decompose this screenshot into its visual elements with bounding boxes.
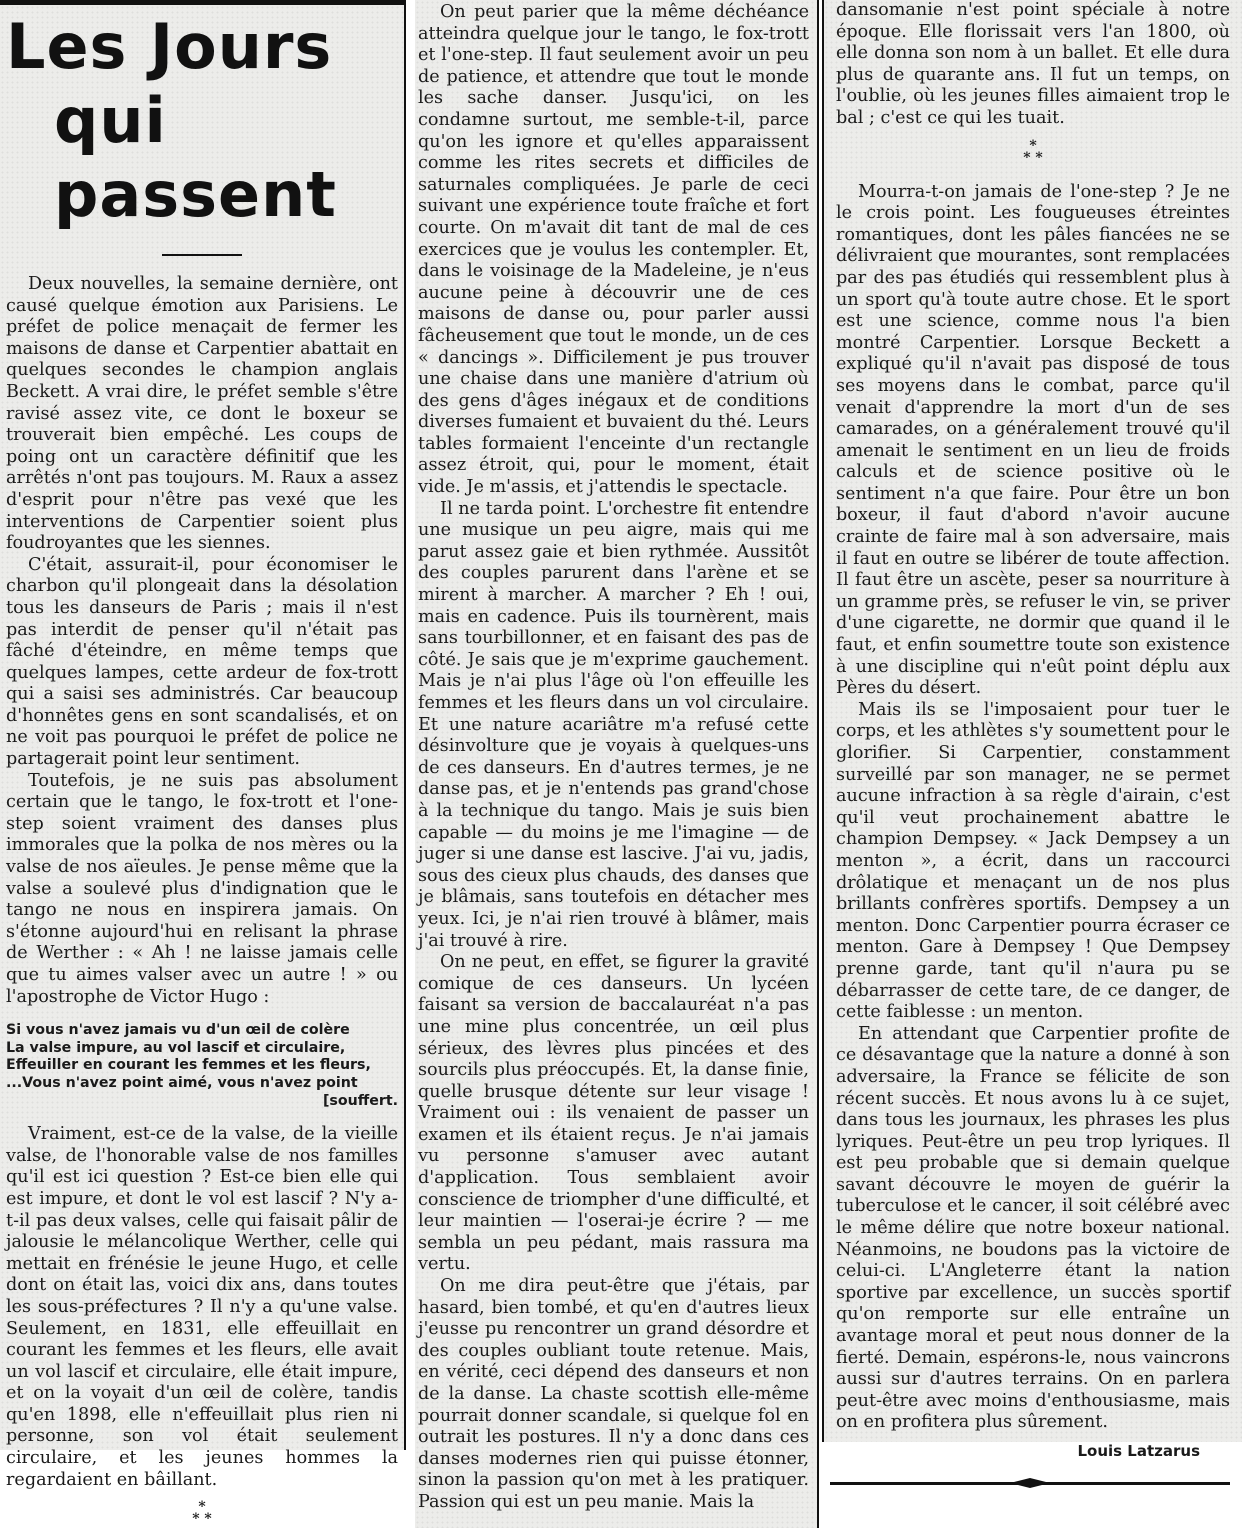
- article-column-left: Les Jours qui passent Deux nouvelles, la…: [0, 0, 406, 1450]
- article-title: Les Jours qui passent: [6, 10, 398, 232]
- asterism-divider: * * *: [836, 140, 1230, 164]
- paragraph: On ne peut, en effet, se figurer la grav…: [418, 952, 809, 1276]
- poem-line: ...Vous n'avez point aimé, vous n'avez p…: [6, 1075, 398, 1093]
- article-column-right: dansomanie n'est point spéciale à notre …: [822, 0, 1242, 1442]
- poem-quote: Si vous n'avez jamais vu d'un œil de col…: [6, 1022, 398, 1110]
- asterism-divider: * * *: [6, 1501, 398, 1525]
- paragraph: dansomanie n'est point spéciale à notre …: [836, 0, 1230, 130]
- title-divider: [162, 254, 242, 256]
- asterism-bottom: * *: [836, 152, 1230, 164]
- poem-line: Effeuiller en courant les femmes et les …: [6, 1057, 398, 1075]
- poem-line: La valse impure, au vol lascif et circul…: [6, 1040, 398, 1058]
- article-column-middle: On peut parier que la même déchéance att…: [415, 0, 819, 1528]
- title-line-1: Les Jours: [6, 10, 398, 84]
- paragraph: Vraiment, est-ce de la valse, de la viei…: [6, 1124, 398, 1491]
- paragraph: Mourra-t-on jamais de l'one-step ? Je ne…: [836, 182, 1230, 700]
- paragraph: On peut parier que la même déchéance att…: [418, 2, 809, 499]
- asterism-bottom: * *: [6, 1513, 398, 1525]
- paragraph: C'était, assurait-il, pour économiser le…: [6, 555, 398, 771]
- paragraph: En attendant que Carpentier profite de c…: [836, 1024, 1230, 1434]
- poem-line-continuation: [souffert.: [6, 1093, 398, 1111]
- paragraph: Toutefois, je ne suis pas absolument cer…: [6, 771, 398, 1009]
- title-line-2: qui passent: [6, 84, 398, 232]
- author-signature: Louis Latzarus: [836, 1442, 1200, 1460]
- end-of-article-rule: [830, 1482, 1230, 1485]
- poem-line: Si vous n'avez jamais vu d'un œil de col…: [6, 1022, 398, 1040]
- paragraph: Deux nouvelles, la semaine dernière, ont…: [6, 274, 398, 555]
- paragraph: Il ne tarda point. L'orchestre fit enten…: [418, 499, 809, 952]
- paragraph: On me dira peut-être que j'étais, par ha…: [418, 1276, 809, 1514]
- paragraph: Mais ils se l'imposaient pour tuer le co…: [836, 700, 1230, 1024]
